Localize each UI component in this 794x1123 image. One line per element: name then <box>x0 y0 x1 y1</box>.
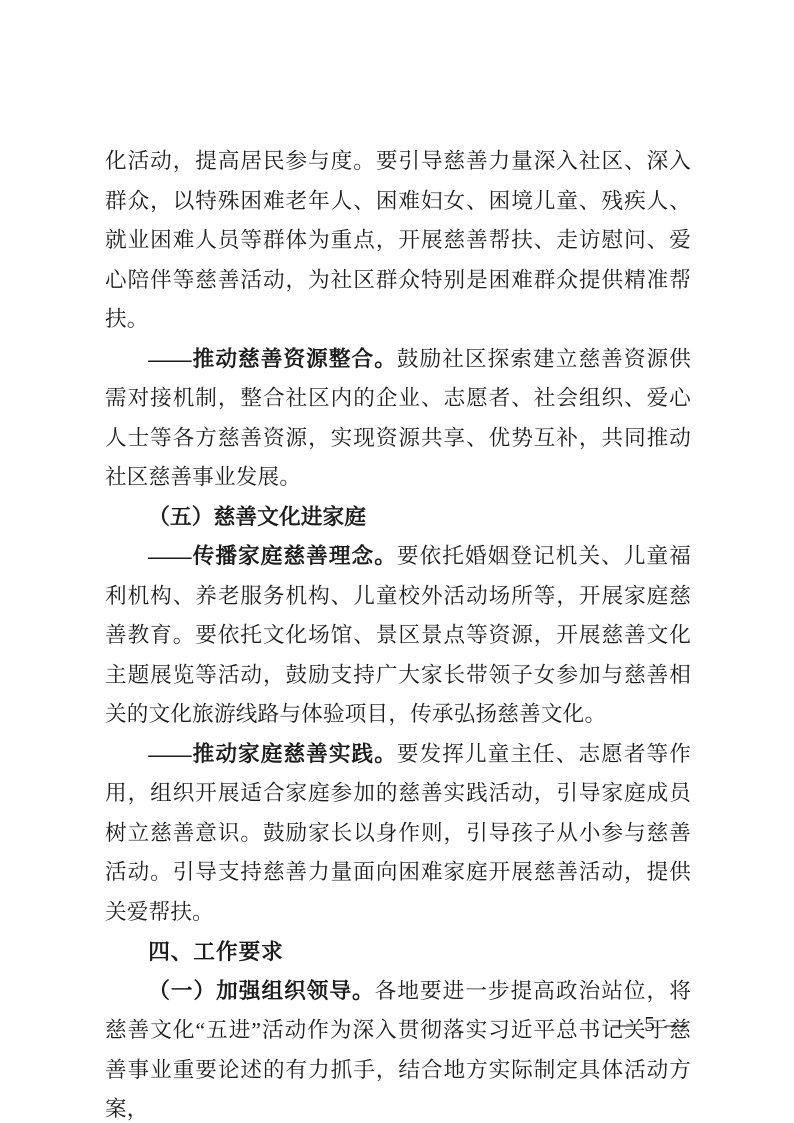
paragraph-lead: ——推动慈善资源整合。 <box>148 347 397 371</box>
paragraph-lead: ——推动家庭慈善实践。 <box>148 742 397 766</box>
paragraph-strengthen-organizational-leadership: （一）加强组织领导。各地要进一步提高政治站位，将慈善文化“五进”活动作为深入贯彻… <box>105 972 691 1123</box>
section-heading-charity-culture-into-family: （五）慈善文化进家庭 <box>105 498 691 538</box>
document-page: 化活动，提高居民参与度。要引导慈善力量深入社区、深入群众，以特殊困难老年人、困难… <box>0 0 794 1123</box>
paragraph-resource-integration: ——推动慈善资源整合。鼓励社区探索建立慈善资源供需对接机制，整合社区内的企业、志… <box>105 340 691 498</box>
document-body: 化活动，提高居民参与度。要引导慈善力量深入社区、深入群众，以特殊困难老年人、困难… <box>105 142 691 1123</box>
paragraph-text: 化活动，提高居民参与度。要引导慈善力量深入社区、深入群众，以特殊困难老年人、困难… <box>105 149 691 331</box>
paragraph-lead: （一）加强组织领导。 <box>148 979 375 1003</box>
paragraph-spread-family-charity-concept: ——传播家庭慈善理念。要依托婚姻登记机关、儿童福利机构、养老服务机构、儿童校外活… <box>105 537 691 735</box>
heading-text: 四、工作要求 <box>148 939 284 964</box>
heading-text: （五）慈善文化进家庭 <box>148 505 366 529</box>
paragraph-promote-family-charity-practice: ——推动家庭慈善实践。要发挥儿童主任、志愿者等作用，组织开展适合家庭参加的慈善实… <box>105 735 691 933</box>
section-heading-work-requirements: 四、工作要求 <box>105 932 691 972</box>
paragraph-text: 要发挥儿童主任、志愿者等作用，组织开展适合家庭参加的慈善实践活动，引导家庭成员树… <box>105 742 691 924</box>
paragraph-community-continuation: 化活动，提高居民参与度。要引导慈善力量深入社区、深入群众，以特殊困难老年人、困难… <box>105 142 691 340</box>
paragraph-lead: ——传播家庭慈善理念。 <box>148 544 397 568</box>
page-number: — 5 — <box>612 1008 690 1040</box>
paragraph-text: 要依托婚姻登记机关、儿童福利机构、养老服务机构、儿童校外活动场所等，开展家庭慈善… <box>105 544 691 726</box>
